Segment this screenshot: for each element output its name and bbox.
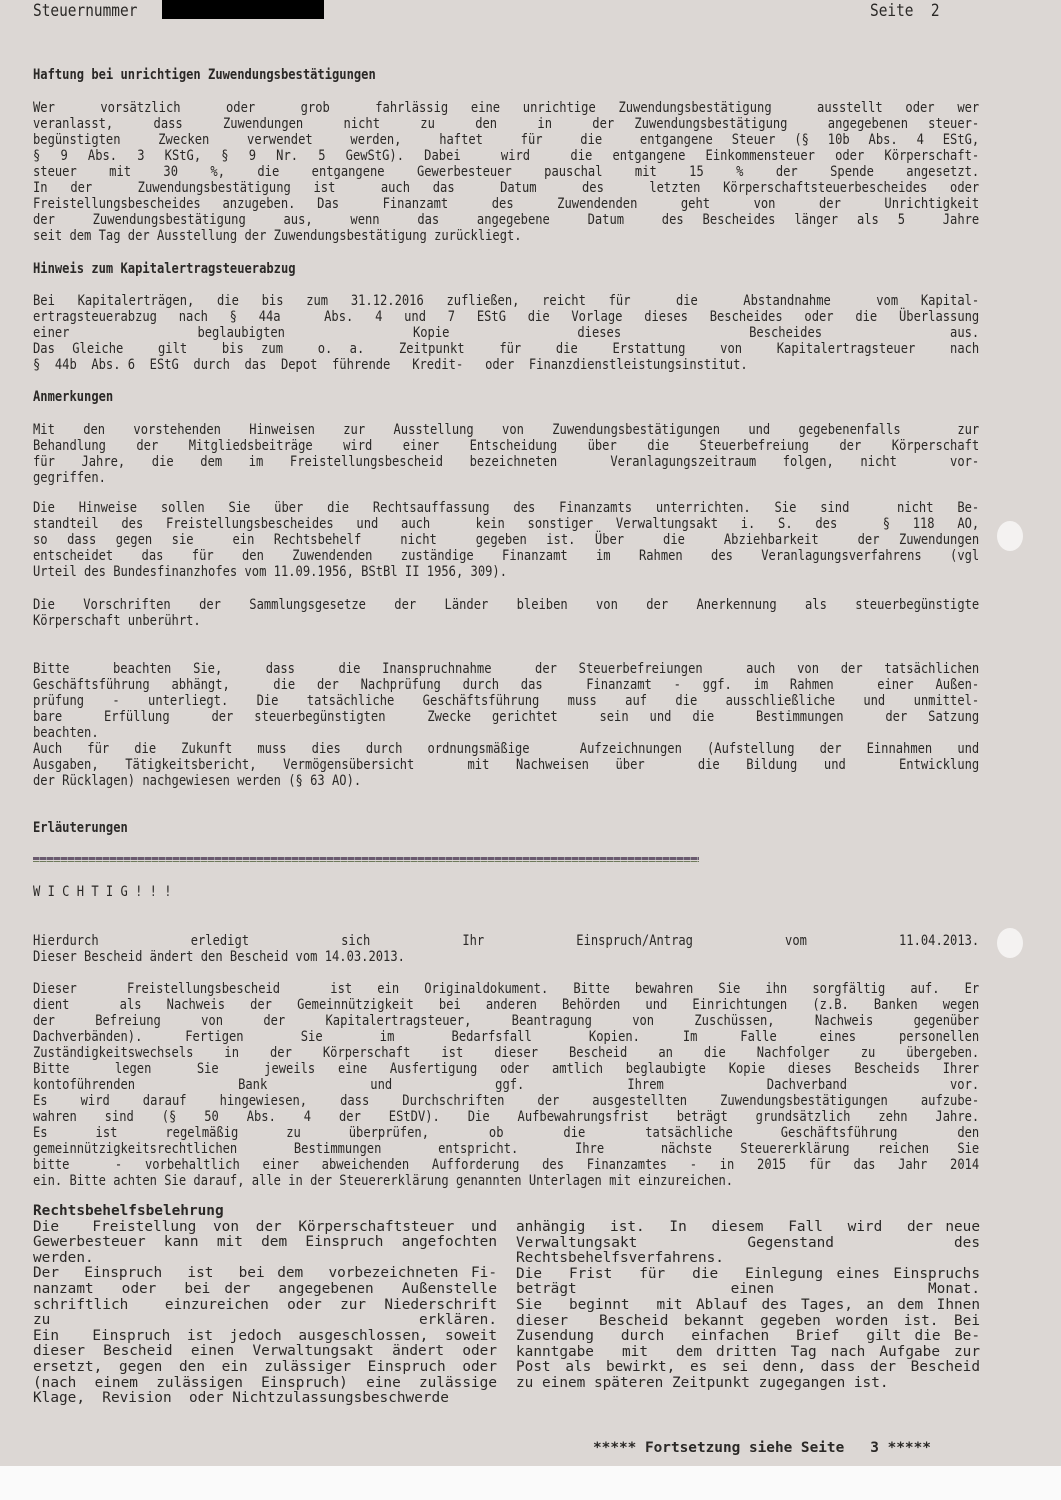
text-line: prüfung - unterliegt. Die tatsächliche G…	[33, 693, 979, 709]
text-line: Freistellungsbescheides anzugeben. Das F…	[33, 196, 979, 212]
legal-remedy-left-column: Rechtsbehelfsbelehrung Die Freistellung …	[33, 1204, 497, 1407]
text-line: Urteil des Bundesfinanzhofes vom 11.09.1…	[33, 564, 979, 580]
double-rule-divider	[33, 857, 699, 860]
text-line: Die Hinweise sollen Sie über die Rechtsa…	[33, 500, 979, 516]
text-line: beachten.	[33, 725, 979, 741]
text-line: Die Freistellung von der Körperschaftste…	[33, 1220, 497, 1236]
continuation-note: ***** Fortsetzung siehe Seite 3 *****	[593, 1440, 931, 1456]
text-line: Die Frist für die Einlegung eines Einspr…	[516, 1267, 980, 1283]
text-line: Wer vorsätzlich oder grob fahrlässig ein…	[33, 100, 979, 116]
text-line: Geschäftsführung abhängt, die der Nachpr…	[33, 677, 979, 693]
text-line: Die Vorschriften der Sammlungsgesetze de…	[33, 597, 979, 613]
text-line: bitte - vorbehaltlich einer abweichenden…	[33, 1157, 979, 1173]
text-line: Klage, Revision oder Nichtzulassungsbesc…	[33, 1391, 497, 1407]
text-line: ersetzt, gegen den ein zulässiger Einspr…	[33, 1360, 497, 1376]
text-line: Mit den vorstehenden Hinweisen zur Ausst…	[33, 422, 979, 438]
tax-number-label: Steuernummer	[33, 1, 137, 21]
text-line: Hierdurch erledigt sich Ihr Einspruch/An…	[33, 933, 979, 949]
text-line: gegriffen.	[33, 470, 979, 486]
text-line: kontoführenden Bank und ggf. Ihrem Dachv…	[33, 1077, 979, 1093]
text-line: seit dem Tag der Ausstellung der Zuwendu…	[33, 228, 979, 244]
text-line: Dieser Bescheid ändert den Bescheid vom …	[33, 949, 979, 965]
text-line: Auch für die Zukunft muss dies durch ord…	[33, 741, 979, 757]
text-line: werden.	[33, 1251, 497, 1267]
text-line: der Zuwendungsbestätigung aus, wenn das …	[33, 212, 979, 228]
text-line: steuer mit 30 %, die entgangene Gewerbes…	[33, 164, 979, 180]
notice-lines: Hierdurch erledigt sich Ihr Einspruch/An…	[33, 933, 979, 965]
text-line: zu erklären.	[33, 1313, 497, 1329]
text-line: Ausgaben, Tätigkeitsbericht, Vermögensüb…	[33, 757, 979, 773]
text-line: der Befreiung von der Kapitalertragsteue…	[33, 1013, 979, 1029]
text-line: dieser Bescheid einen Verwaltungsakt änd…	[33, 1344, 497, 1360]
text-line: begünstigten Zwecken verwendet werden, h…	[33, 132, 979, 148]
legal-remedy-right-column: anhängig ist. In diesem Fall wird der ne…	[516, 1220, 980, 1392]
paragraph-kapitalertrag: Bei Kapitalerträgen, die bis zum 31.12.2…	[33, 293, 979, 373]
text-line: Zusendung durch einfachen Brief gilt die…	[516, 1329, 980, 1345]
paragraph-haftung: Wer vorsätzlich oder grob fahrlässig ein…	[33, 100, 979, 244]
text-line: In der Zuwendungsbestätigung ist auch da…	[33, 180, 979, 196]
text-line: Sie beginnt mit Ablauf des Tages, an dem…	[516, 1298, 980, 1314]
text-line: kanntgabe mit dem dritten Tag nach Aufga…	[516, 1345, 980, 1361]
text-line: beträgt einen Monat.	[516, 1282, 980, 1298]
text-line: gemeinnützigkeitsrechtlichen Bestimmunge…	[33, 1141, 979, 1157]
text-line: Ein Einspruch ist jedoch ausgeschlossen,…	[33, 1329, 497, 1345]
text-line: entscheidet das für den Zuwendenden zust…	[33, 548, 979, 564]
paragraph-anmerkungen-3: Die Vorschriften der Sammlungsgesetze de…	[33, 597, 979, 629]
text-line: anhängig ist. In diesem Fall wird der ne…	[516, 1220, 980, 1236]
text-line: der Rücklagen) nachgewiesen werden (§ 63…	[33, 773, 979, 789]
text-line: veranlasst, dass Zuwendungen nicht zu de…	[33, 116, 979, 132]
text-line: nanzamt oder bei der angegebenen Außenst…	[33, 1282, 497, 1298]
text-line: dieser Bescheid bekannt gegeben worden i…	[516, 1314, 980, 1330]
text-line: Das Gleiche gilt bis zum o. a. Zeitpunkt…	[33, 341, 979, 357]
text-line: Bitte beachten Sie, dass die Inanspruchn…	[33, 661, 979, 677]
text-line: Dachverbänden). Fertigen Sie im Bedarfsf…	[33, 1029, 979, 1045]
text-line: § 44b Abs. 6 EStG durch das Depot führen…	[33, 357, 979, 373]
text-line: Es wird darauf hingewiesen, dass Durchsc…	[33, 1093, 979, 1109]
paragraph-anmerkungen-4: Bitte beachten Sie, dass die Inanspruchn…	[33, 661, 979, 789]
section-title-kapitalertrag: Hinweis zum Kapitalertragsteuerabzug	[33, 261, 296, 277]
text-line: (nach einem zulässigen Einspruch) eine z…	[33, 1376, 497, 1392]
paragraph-erlaeuterungen: Dieser Freistellungsbescheid ist ein Ori…	[33, 981, 979, 1189]
text-line: standteil des Freistellungsbescheides un…	[33, 516, 979, 532]
document-page: Steuernummer Seite 2 Haftung bei unricht…	[0, 0, 1061, 1466]
text-line: schriftlich einzureichen oder zur Nieder…	[33, 1298, 497, 1314]
text-line: Körperschaft unberührt.	[33, 613, 979, 629]
text-line: Behandlung der Mitgliedsbeiträge wird ei…	[33, 438, 979, 454]
text-line: Dieser Freistellungsbescheid ist ein Ori…	[33, 981, 979, 997]
section-title-haftung: Haftung bei unrichtigen Zuwendungsbestät…	[33, 67, 376, 83]
text-line: zu einem späteren Zeitpunkt zugegangen i…	[516, 1376, 980, 1392]
text-line: einer beglaubigten Kopie dieses Bescheid…	[33, 325, 979, 341]
page-number: Seite 2	[870, 1, 940, 21]
text-line: Verwaltungsakt Gegenstand des	[516, 1236, 980, 1252]
paragraph-anmerkungen-2: Die Hinweise sollen Sie über die Rechtsa…	[33, 500, 979, 580]
text-line: bare Erfüllung der steuerbegünstigten Zw…	[33, 709, 979, 725]
redacted-tax-number	[162, 0, 324, 19]
section-title-rechtsbehelf: Rechtsbehelfsbelehrung	[33, 1204, 497, 1220]
important-notice: W I C H T I G ! ! !	[33, 884, 172, 900]
text-line: wahren sind (§ 50 Abs. 4 der EStDV). Die…	[33, 1109, 979, 1125]
text-line: Gewerbesteuer kann mit dem Einspruch ang…	[33, 1235, 497, 1251]
text-line: für Jahre, die dem im Freistellungsbesch…	[33, 454, 979, 470]
text-line: § 9 Abs. 3 KStG, § 9 Nr. 5 GewStG). Dabe…	[33, 148, 979, 164]
text-line: ertragsteuerabzug nach § 44a Abs. 4 und …	[33, 309, 979, 325]
text-line: ein. Bitte achten Sie darauf, alle in de…	[33, 1173, 979, 1189]
text-line: Bei Kapitalerträgen, die bis zum 31.12.2…	[33, 293, 979, 309]
text-line: Der Einspruch ist bei dem vorbezeichnete…	[33, 1266, 497, 1282]
punch-hole	[997, 928, 1023, 958]
text-line: Zuständigkeitswechsels in der Körperscha…	[33, 1045, 979, 1061]
section-title-erlaeuterungen: Erläuterungen	[33, 820, 128, 836]
text-line: Bitte legen Sie jeweils eine Ausfertigun…	[33, 1061, 979, 1077]
text-line: Es ist regelmäßig zu überprüfen, ob die …	[33, 1125, 979, 1141]
section-title-anmerkungen: Anmerkungen	[33, 389, 113, 405]
text-line: so dass gegen sie ein Rechtsbehelf nicht…	[33, 532, 979, 548]
punch-hole	[997, 521, 1023, 551]
text-line: Rechtsbehelfsverfahrens.	[516, 1251, 980, 1267]
text-line: Post als bewirkt, es sei denn, dass der …	[516, 1360, 980, 1376]
paragraph-anmerkungen-1: Mit den vorstehenden Hinweisen zur Ausst…	[33, 422, 979, 486]
text-line: dient als Nachweis der Gemeinnützigkeit …	[33, 997, 979, 1013]
